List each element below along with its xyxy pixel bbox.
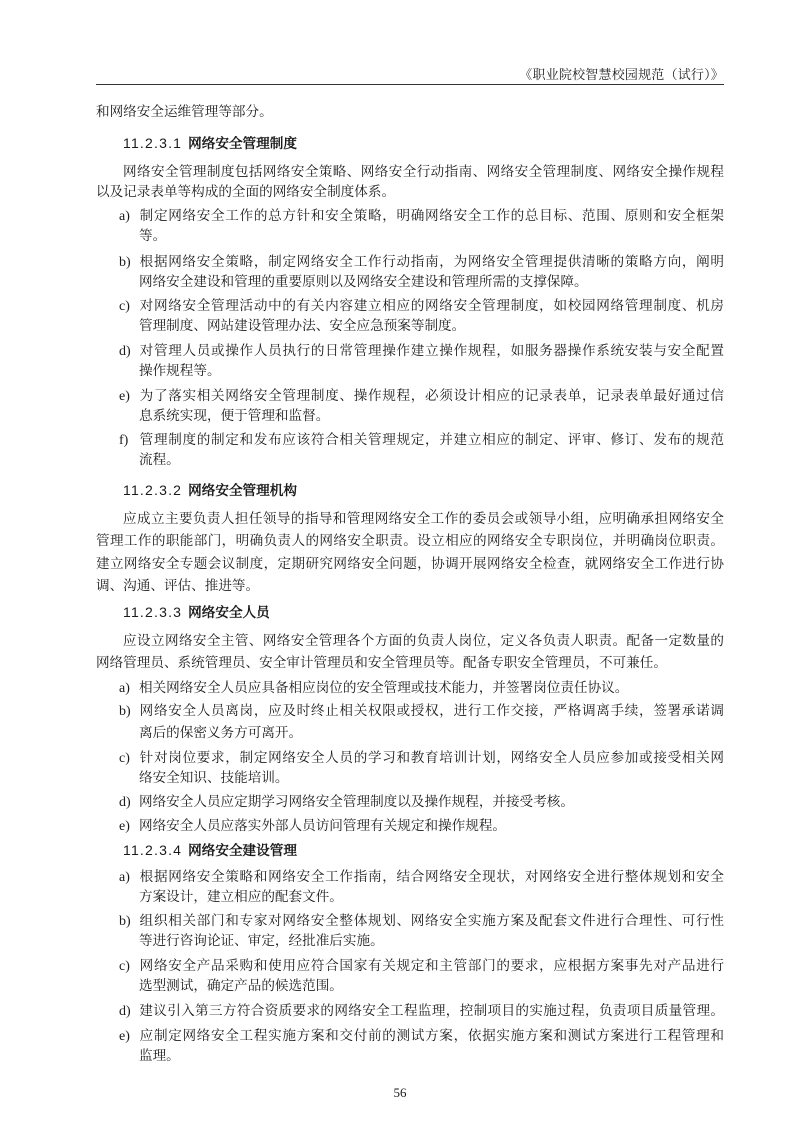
paragraph-line: 应设立网络安全主管、网络安全管理各个方面的负责人岗位，定义各负责人职责。配备一定… — [123, 632, 724, 650]
list-label: d) — [119, 343, 139, 361]
section-number: 11.2.3.3 — [123, 604, 182, 620]
section-number: 11.2.3.2 — [123, 482, 182, 498]
list-item-continuation: 息系统实现，便于管理和监督。 — [139, 407, 724, 425]
list-item: f)管理制度的制定和发布应该符合相关管理规定，并建立相应的制定、评审、修订、发布… — [119, 431, 724, 450]
paragraph-line: 建立网络安全专题会议制度，定期研究网络安全问题，协调开展网络安全检查，就网络安全… — [96, 555, 724, 573]
list-label: d) — [119, 1003, 139, 1021]
section-heading-11-2-3-3: 11.2.3.3网络安全人员 — [123, 603, 270, 622]
list-item: a)根据网络安全策略和网络安全工作指南，结合网络安全现状，对网络安全进行整体规划… — [119, 868, 724, 887]
section-title: 网络安全管理机构 — [188, 483, 297, 499]
list-item-continuation: 网络安全建设和管理的重要原则以及网络安全建设和管理所需的支撑保障。 — [139, 273, 724, 291]
paragraph-line: 网络管理员、系统管理员、安全审计管理员和安全管理员等。配备专职安全管理员，不可兼… — [96, 654, 724, 672]
paragraph-line: 网络安全管理制度包括网络安全策略、网络安全行动指南、网络安全管理制度、网络安全操… — [123, 163, 724, 181]
paragraph-line: 应成立主要负责人担任领导的指导和管理网络安全工作的委员会或领导小组，应明确承担网… — [123, 510, 724, 528]
intro-line: 和网络安全运维管理等部分。 — [96, 103, 724, 121]
list-item-continuation: 离后的保密义务方可离开。 — [139, 724, 724, 742]
list-item: c)网络安全产品采购和使用应符合国家有关规定和主管部门的要求，应根据方案事先对产… — [119, 957, 724, 976]
paragraph-line: 调、沟通、评估、推进等。 — [96, 577, 724, 595]
list-item-continuation: 操作规程等。 — [139, 362, 724, 380]
list-label: c) — [119, 750, 139, 768]
list-item: e)为了落实相关网络安全管理制度、操作规程，必须设计相应的记录表单，记录表单最好… — [119, 387, 724, 406]
section-number: 11.2.3.4 — [123, 842, 182, 858]
section-heading-11-2-3-1: 11.2.3.1网络安全管理制度 — [123, 134, 297, 153]
paragraph-line: 管理工作的职能部门，明确负责人的网络安全职责。设立相应的网络安全专职岗位，并明确… — [96, 532, 724, 550]
list-label: e) — [119, 1028, 139, 1046]
list-label: a) — [119, 869, 139, 887]
list-item: c)针对岗位要求，制定网络安全人员的学习和教育培训计划，网络安全人员应参加或接受… — [119, 749, 724, 768]
list-item: e)应制定网络安全工程实施方案和交付前的测试方案，依据实施方案和测试方案进行工程… — [119, 1027, 724, 1046]
list-item: d)对管理人员或操作人员执行的日常管理操作建立操作规程，如服务器操作系统安装与安… — [119, 342, 724, 361]
list-item: b)网络安全人员离岗，应及时终止相关权限或授权，进行工作交接，严格调离手续，签署… — [119, 702, 724, 721]
section-number: 11.2.3.1 — [123, 135, 182, 151]
list-item-continuation: 等。 — [139, 227, 724, 245]
list-label: f) — [119, 432, 139, 450]
section-title: 网络安全建设管理 — [188, 843, 297, 859]
paragraph-line: 以及记录表单等构成的全面的网络安全制度体系。 — [96, 183, 724, 201]
section-heading-11-2-3-2: 11.2.3.2网络安全管理机构 — [123, 481, 297, 500]
list-label: a) — [119, 680, 139, 698]
list-item: b)组织相关部门和专家对网络安全整体规划、网络安全实施方案及配套文件进行合理性、… — [119, 912, 724, 931]
list-item-continuation: 等进行咨询论证、审定，经批准后实施。 — [139, 932, 724, 950]
list-label: b) — [119, 254, 139, 272]
list-item-continuation: 选型测试，确定产品的候选范围。 — [139, 977, 724, 995]
running-header: 《职业院校智慧校园规范（试行）》 — [96, 64, 724, 83]
list-item-continuation: 流程。 — [139, 451, 724, 469]
list-label: e) — [119, 388, 139, 406]
section-heading-11-2-3-4: 11.2.3.4网络安全建设管理 — [123, 841, 297, 860]
page-number: 56 — [0, 1085, 800, 1101]
list-item-continuation: 监理。 — [139, 1047, 724, 1065]
list-label: c) — [119, 298, 139, 316]
list-item-continuation: 方案设计，建立相应的配套文件。 — [139, 888, 724, 906]
list-item: c)对网络安全管理活动中的有关内容建立相应的网络安全管理制度，如校园网络管理制度… — [119, 297, 724, 316]
list-label: b) — [119, 703, 139, 721]
list-item: d)建议引入第三方符合资质要求的网络安全工程监理，控制项目的实施过程，负责项目质… — [119, 1002, 724, 1021]
list-item-continuation: 管理制度、网站建设管理办法、安全应急预案等制度。 — [139, 317, 724, 335]
list-item: d)网络安全人员应定期学习网络安全管理制度以及操作规程，并接受考核。 — [119, 793, 724, 812]
list-label: a) — [119, 208, 139, 226]
list-item: b)根据网络安全策略，制定网络安全工作行动指南，为网络安全管理提供清晰的策略方向… — [119, 253, 724, 272]
list-item: a)制定网络安全工作的总方针和安全策略，明确网络安全工作的总目标、范围、原则和安… — [119, 207, 724, 226]
list-label: e) — [119, 818, 139, 836]
list-label: c) — [119, 958, 139, 976]
list-label: b) — [119, 913, 139, 931]
section-title: 网络安全管理制度 — [188, 136, 297, 152]
document-page: 《职业院校智慧校园规范（试行）》 和网络安全运维管理等部分。 11.2.3.1网… — [0, 0, 800, 1131]
list-label: d) — [119, 794, 139, 812]
header-rule — [96, 84, 724, 85]
list-item: e)网络安全人员应落实外部人员访问管理有关规定和操作规程。 — [119, 817, 724, 836]
section-title: 网络安全人员 — [188, 605, 270, 621]
list-item-continuation: 络安全知识、技能培训。 — [139, 769, 724, 787]
list-item: a)相关网络安全人员应具备相应岗位的安全管理或技术能力，并签署岗位责任协议。 — [119, 679, 724, 698]
